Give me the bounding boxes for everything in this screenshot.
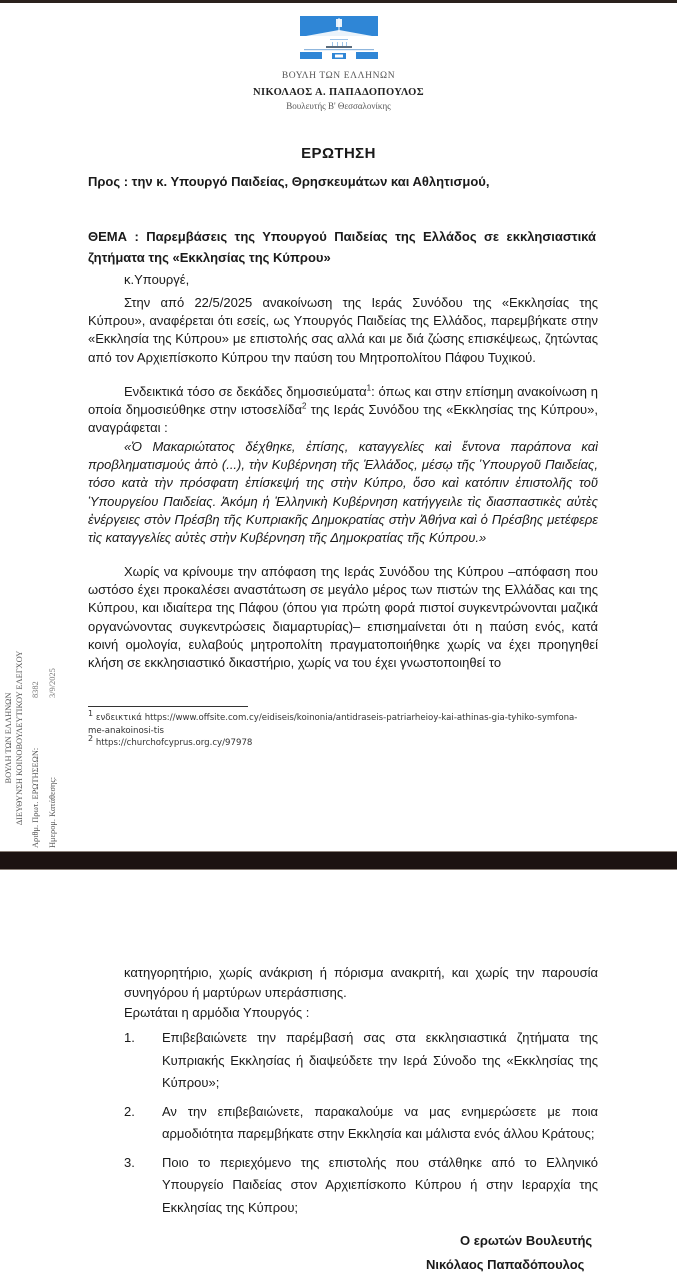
subject-line: ΘΕΜΑ : Παρεμβάσεις της Υπουργού Παιδείας… xyxy=(88,226,596,268)
footnote-1-link[interactable]: ενδεικτικά https://www.offsite.com.cy/ei… xyxy=(88,713,577,736)
quoted-announcement: «Ὁ Μακαριώτατος δέχθηκε, ἐπίσης, καταγγε… xyxy=(88,438,598,547)
footnotes: 1 ενδεικτικά https://www.offsite.com.cy/… xyxy=(88,712,588,750)
question-number: 2. xyxy=(124,1101,135,1124)
stamp-protocol-row: Αριθμ. Πρωτ. ΕΡΩΤΗΣΕΩΝ: 8382 xyxy=(31,628,42,848)
question-text: Ποιο το περιεχόμενο της επιστολής που στ… xyxy=(162,1155,598,1215)
signature-role: Ο ερωτών Βουλευτής xyxy=(460,1233,592,1248)
filing-stamp: ΒΟΥΛΗ ΤΩΝ ΕΛΛΗΝΩΝ ΔΙΕΥΘΥΝΣΗ ΚΟΙΝΟΒΟΥΛΕΥΤ… xyxy=(4,628,58,848)
stamp-protocol-label: Αριθμ. Πρωτ. ΕΡΩΤΗΣΕΩΝ: xyxy=(31,698,42,848)
page-separator xyxy=(0,851,677,870)
recipient-line: Προς : την κ. Υπουργό Παιδείας, Θρησκευμ… xyxy=(88,174,489,189)
letterhead-mp-name: ΝΙΚΟΛΑΟΣ Α. ΠΑΠΑΔΟΠΟΥΛΟΣ xyxy=(0,87,677,98)
paragraph-continuation: κατηγορητήριο, χωρίς ανάκριση ή πόρισμα … xyxy=(124,963,598,1003)
parliament-logo-icon xyxy=(300,16,378,60)
footnote-2: 2 https://churchofcyprus.org.cy/97978 xyxy=(88,737,588,750)
footnote-1-number: 1 xyxy=(88,709,93,718)
question-intro: Ερωτάται η αρμόδια Υπουργός : xyxy=(124,1005,309,1020)
top-edge-strip xyxy=(0,0,677,3)
stamp-parliament: ΒΟΥΛΗ ΤΩΝ ΕΛΛΗΝΩΝ xyxy=(4,628,15,848)
question-number: 1. xyxy=(124,1027,135,1050)
stamp-date-value: 3/9/2025 xyxy=(48,668,59,698)
stamp-directorate: ΔΙΕΥΘΥΝΣΗ ΚΟΙΝΟΒΟΥΛΕΥΤΙΚΟΥ ΕΛΕΓΧΟΥ xyxy=(15,628,26,848)
question-text: Αν την επιβεβαιώνετε, παρακαλούμε να μας… xyxy=(162,1104,598,1142)
footnote-divider xyxy=(88,706,248,707)
question-text: Επιβεβαιώνετε την παρέμβασή σας στα εκκλ… xyxy=(162,1030,598,1090)
letterhead-parliament: ΒΟΥΛΗ ΤΩΝ ΕΛΛΗΝΩΝ xyxy=(0,71,677,81)
salutation: κ.Υπουργέ, xyxy=(124,272,189,287)
footnote-2-number: 2 xyxy=(88,734,93,743)
letterhead-mp-role: Βουλευτής Β' Θεσσαλονίκης xyxy=(0,101,677,111)
paragraph-argument: Χωρίς να κρίνουμε την απόφαση της Ιεράς … xyxy=(88,563,598,672)
footnote-2-link[interactable]: https://churchofcyprus.org.cy/97978 xyxy=(96,738,253,748)
question-item: 3.Ποιο το περιεχόμενο της επιστολής που … xyxy=(124,1152,598,1220)
question-item: 2.Αν την επιβεβαιώνετε, παρακαλούμε να μ… xyxy=(124,1101,598,1146)
stamp-date-label: Ημερομ. Κατάθεσης: xyxy=(48,698,59,848)
stamp-protocol-value: 8382 xyxy=(31,681,42,698)
questions-list: 1.Επιβεβαιώνετε την παρέμβασή σας στα εκ… xyxy=(124,1027,598,1225)
paragraph-sources-part-a: Ενδεικτικά τόσο σε δεκάδες δημοσιεύματα xyxy=(124,384,367,399)
question-number: 3. xyxy=(124,1152,135,1175)
paragraph-announcement: Στην από 22/5/2025 ανακοίνωση της Ιεράς … xyxy=(88,294,598,367)
signature-name: Νικόλαος Παπαδόπουλος xyxy=(426,1257,584,1272)
question-item: 1.Επιβεβαιώνετε την παρέμβασή σας στα εκ… xyxy=(124,1027,598,1095)
document-title: ΕΡΩΤΗΣΗ xyxy=(0,145,677,162)
footnote-1: 1 ενδεικτικά https://www.offsite.com.cy/… xyxy=(88,712,588,737)
paragraph-sources: Ενδεικτικά τόσο σε δεκάδες δημοσιεύματα1… xyxy=(88,383,598,438)
stamp-date-row: Ημερομ. Κατάθεσης: 3/9/2025 xyxy=(48,628,59,848)
